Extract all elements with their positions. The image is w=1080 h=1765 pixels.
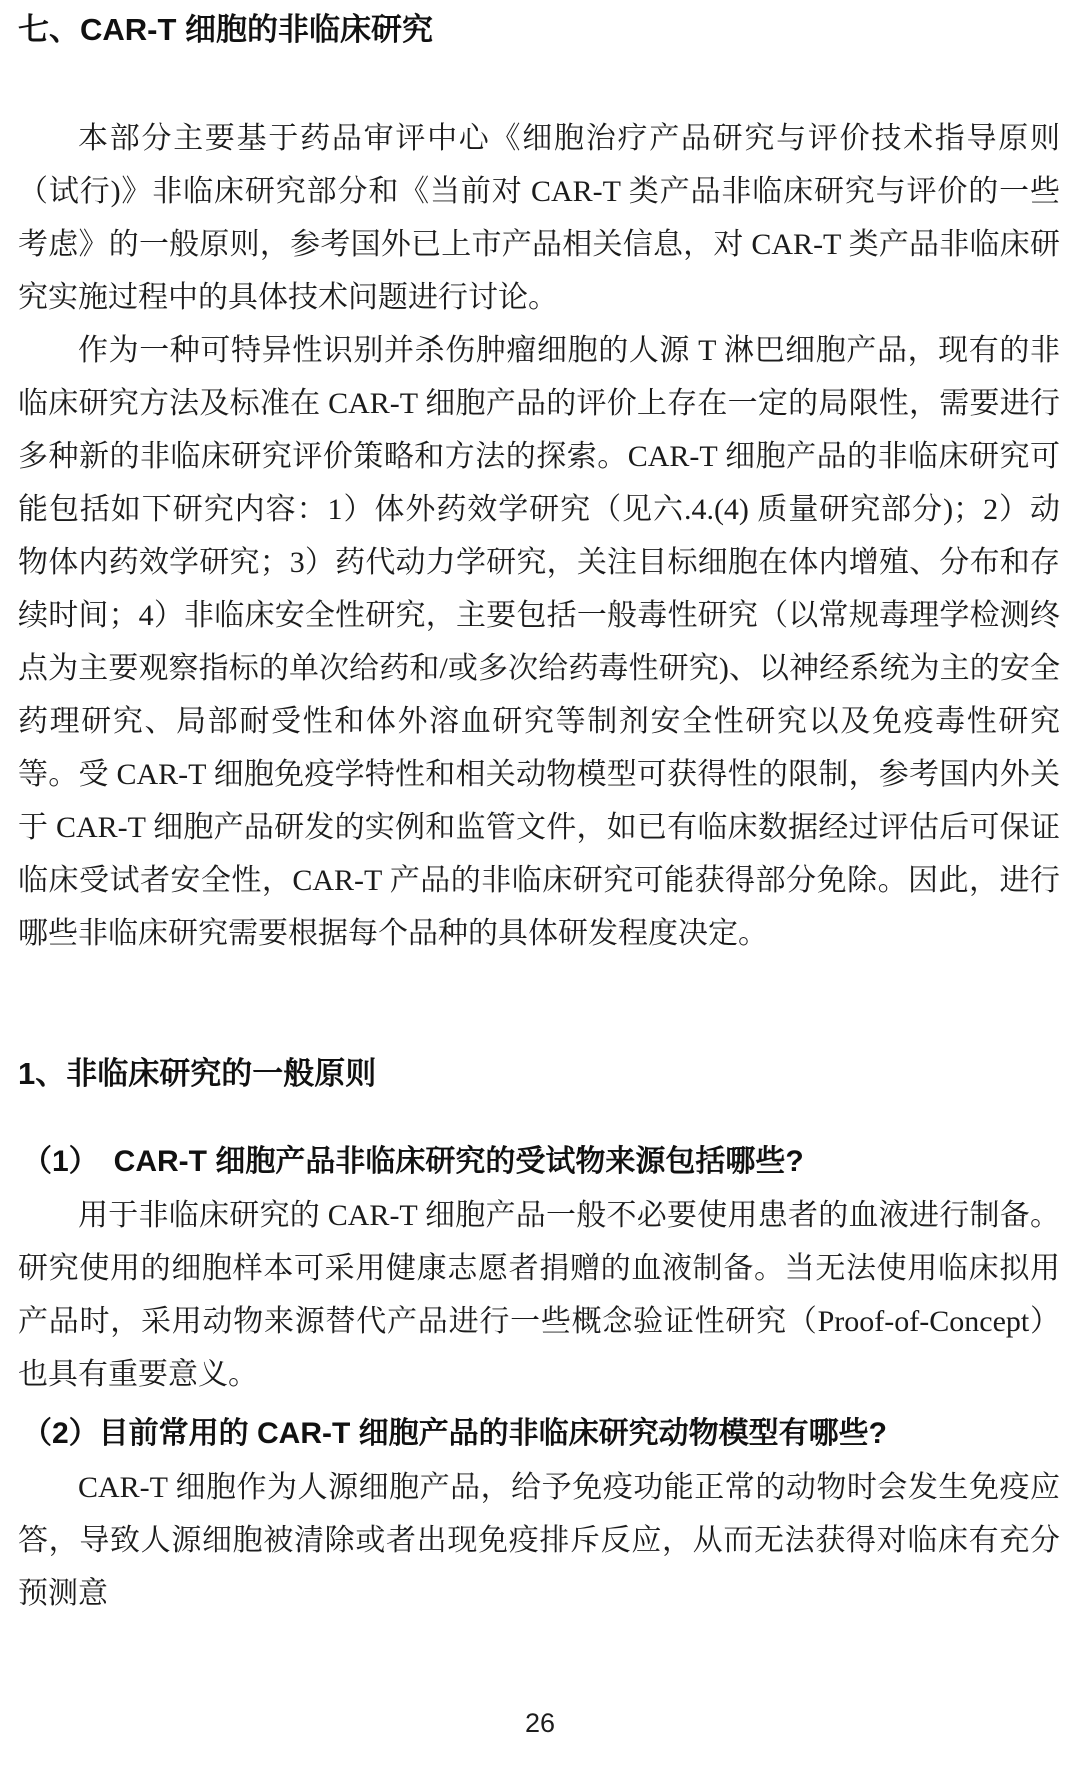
question-2-answer: CAR-T 细胞作为人源细胞产品，给予免疫功能正常的动物时会发生免疫应答，导致人… <box>18 1461 1060 1620</box>
overview-paragraph: 作为一种可特异性识别并杀伤肿瘤细胞的人源 T 淋巴细胞产品，现有的非临床研究方法… <box>18 324 1060 960</box>
chapter-title: 七、CAR-T 细胞的非临床研究 <box>18 10 1060 50</box>
question-1-answer: 用于非临床研究的 CAR-T 细胞产品一般不必要使用患者的血液进行制备。研究使用… <box>18 1189 1060 1401</box>
section-1-heading: 1、非临床研究的一般原则 <box>18 1053 1060 1095</box>
question-2-heading: （2）目前常用的 CAR-T 细胞产品的非临床研究动物模型有哪些? <box>22 1413 1060 1455</box>
document-page: 七、CAR-T 细胞的非临床研究 本部分主要基于药品审评中心《细胞治疗产品研究与… <box>0 0 1080 1765</box>
question-1-heading: （1） CAR-T 细胞产品非临床研究的受试物来源包括哪些? <box>22 1141 1060 1183</box>
intro-paragraph: 本部分主要基于药品审评中心《细胞治疗产品研究与评价技术指导原则（试行)》非临床研… <box>18 112 1060 324</box>
page-number: 26 <box>0 1708 1080 1739</box>
